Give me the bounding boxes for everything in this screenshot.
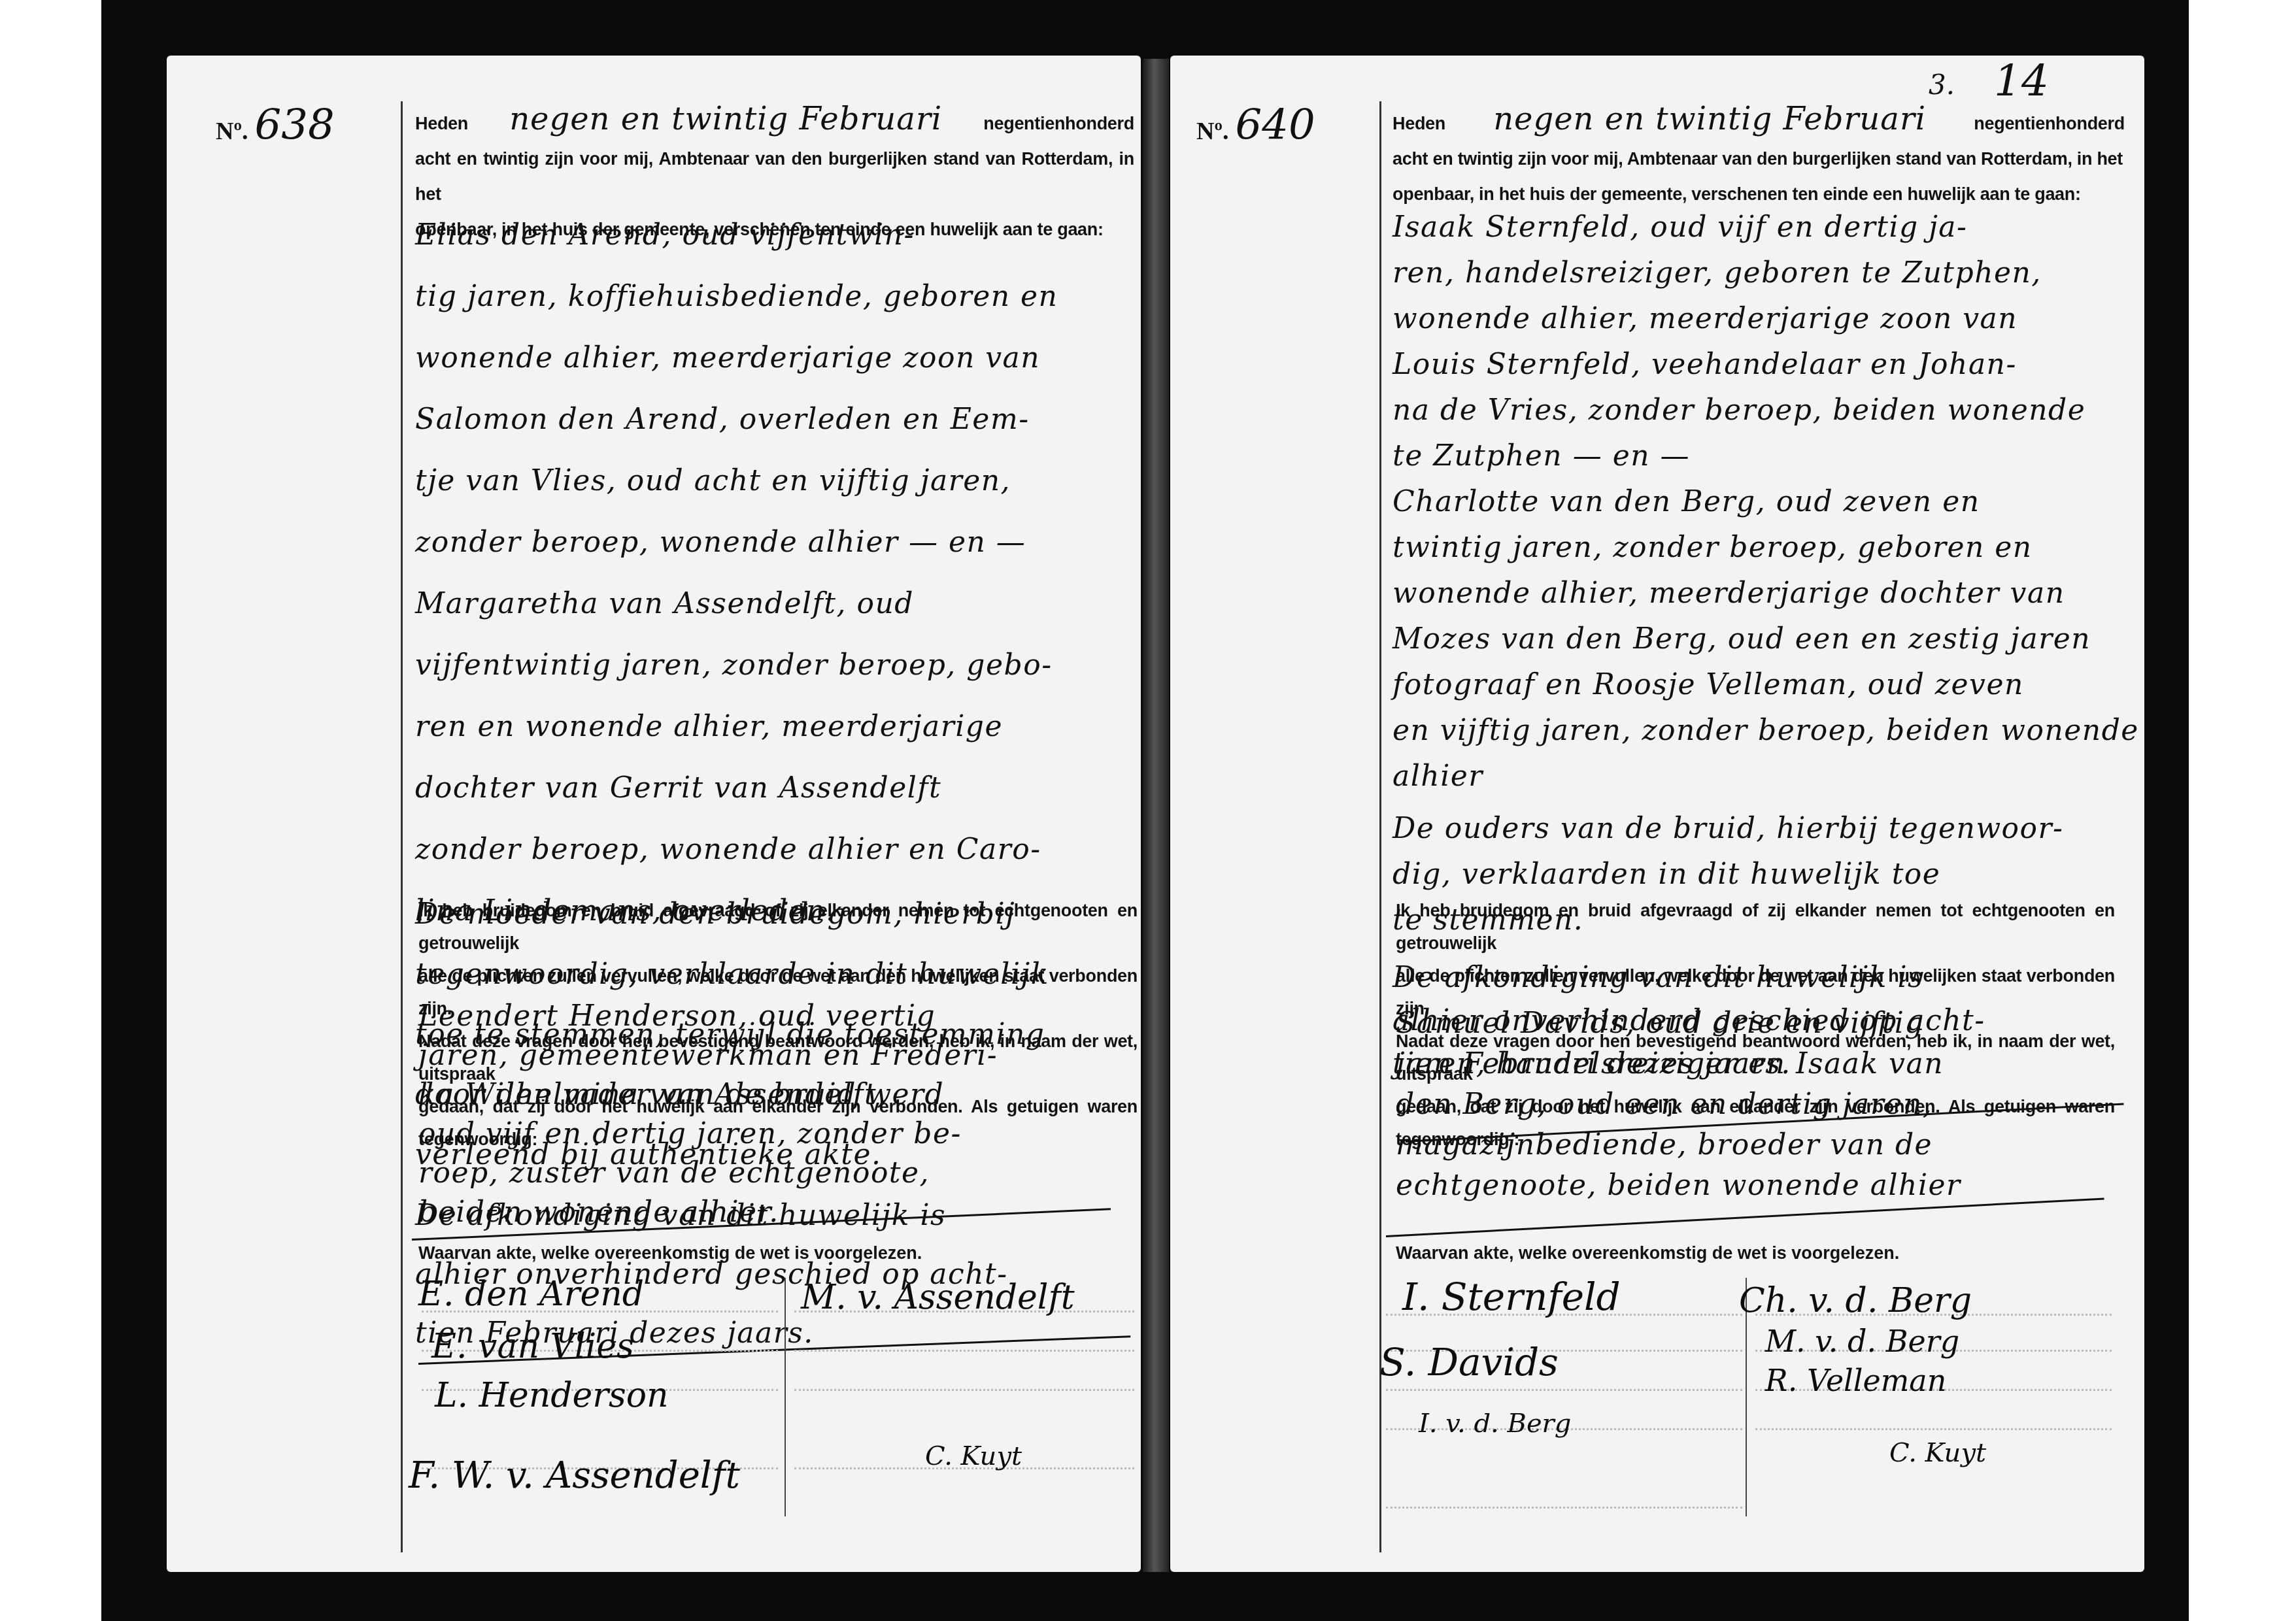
hand-line: roep, zuster van de echtgenoote, <box>418 1154 998 1193</box>
left-witnesses-handwritten: Leendert Henderson, oud veertig jaren, g… <box>418 997 998 1232</box>
hand-line: ren en wonende alhier, meerderjarige <box>415 696 1058 758</box>
vow-line: Ik heb bruidegom en bruid afgevraagd of … <box>418 894 1138 960</box>
signature-column-divider <box>785 1278 786 1516</box>
hand-line: magazijnbediende, broeder van de <box>1396 1125 1961 1165</box>
intro-word-year: negentienhonderd <box>1974 106 2125 141</box>
signature-groom: I. Sternfeld <box>1402 1275 1621 1319</box>
act-number-value: 638 <box>255 101 335 150</box>
act-number-value: 640 <box>1236 101 1315 150</box>
hand-line: Mozes van den Berg, oud een en zestig ja… <box>1393 616 2139 662</box>
signature-bride: Ch. v. d. Berg <box>1739 1281 1972 1320</box>
intro-word-heden: Heden <box>1393 106 1445 141</box>
signature-witness-2: F. W. v. Assendelft <box>409 1454 740 1497</box>
hand-line: na de Vries, zonder beroep, beiden wonen… <box>1393 388 2139 433</box>
book-gutter <box>1143 59 1169 1572</box>
hand-line: Isaak Sternfeld, oud vijf en dertig ja- <box>1393 205 2139 250</box>
hand-line: jaren, handelsreiziger en Isaak van <box>1396 1044 1961 1084</box>
act-number: Nº.638 <box>216 101 335 150</box>
hand-line: jaren, gemeentewerkman en Frederi- <box>418 1036 998 1075</box>
intro-line-1: Heden negen en twintig Februari negentie… <box>1393 101 2125 141</box>
hand-line: Samuel Davids, oud drie en vijftig <box>1396 1003 1961 1044</box>
hand-line: twintig jaren, zonder beroep, geboren en <box>1393 525 2139 571</box>
signature-groom: E. den Arend <box>418 1275 644 1314</box>
hand-line: te Zutphen — en — <box>1393 433 2139 479</box>
hand-line: en vijftig jaren, zonder beroep, beiden … <box>1393 708 2139 754</box>
hand-line: tje van Vlies, oud acht en vijftig jaren… <box>415 450 1058 512</box>
hand-line: alhier <box>1393 754 2139 799</box>
signature-bride-mother: R. Velleman <box>1765 1363 1946 1398</box>
hand-line: Louis Sternfeld, veehandelaar en Johan- <box>1393 342 2139 388</box>
signature-line <box>1386 1389 1742 1391</box>
hand-line: vijfentwintig jaren, zonder beroep, gebo… <box>415 635 1058 696</box>
parties-handwritten: Elias den Arend, oud vijfentwin- tig jar… <box>415 205 1058 942</box>
hand-line: wonende alhier, meerderjarige dochter va… <box>1393 571 2139 616</box>
hand-line: Salomon den Arend, overleden en Eem- <box>415 389 1058 450</box>
number-label: Nº. <box>216 118 248 145</box>
date-handwritten: negen en twintig Februari <box>509 101 942 137</box>
signature-line <box>1755 1428 2112 1430</box>
hand-line: zonder beroep, wonende alhier — en — <box>415 512 1058 573</box>
intro-printed: Heden negen en twintig Februari negentie… <box>1393 101 2125 212</box>
closing-statement: Waarvan akte, welke overeenkomstig de we… <box>1396 1243 1899 1263</box>
corner-annotation-folio: 14 <box>1994 56 2049 106</box>
intro-line-2: acht en twintig zijn voor mij, Ambtenaar… <box>415 141 1134 212</box>
margin-rule <box>1379 101 1381 1552</box>
hand-line: Elias den Arend, oud vijfentwin- <box>415 205 1058 266</box>
signature-registrar: C. Kuyt <box>1889 1438 1986 1468</box>
hand-line: ka Wilhelmina van Assendelft, <box>418 1075 998 1114</box>
hand-line: De ouders van de bruid, hierbij tegenwoo… <box>1393 806 2063 852</box>
hand-line: dig, verklaarden in dit huwelijk toe <box>1393 852 2063 897</box>
intro-word-year: negentienhonderd <box>983 106 1134 141</box>
signature-registrar: C. Kuyt <box>925 1441 1022 1471</box>
signature-line <box>1386 1507 1742 1509</box>
signature-bride: M. v. Assendelft <box>801 1278 1075 1317</box>
signature-witness-1: S. Davids <box>1379 1340 1559 1384</box>
hand-line: tig jaren, koffiehuisbediende, geboren e… <box>415 266 1058 327</box>
intro-word-heden: Heden <box>415 106 468 141</box>
intro-line-2: acht en twintig zijn voor mij, Ambtenaar… <box>1393 141 2125 176</box>
right-witnesses-handwritten: Samuel Davids, oud drie en vijftig jaren… <box>1396 1003 1961 1206</box>
parties-handwritten: Isaak Sternfeld, oud vijf en dertig ja- … <box>1393 205 2139 799</box>
hand-line: wonende alhier, meerderjarige zoon van <box>415 327 1058 389</box>
vow-line: Ik heb bruidegom en bruid afgevraagd of … <box>1396 894 2115 960</box>
hand-line: wonende alhier, meerderjarige zoon van <box>1393 296 2139 342</box>
hand-line: oud vijf en dertig jaren, zonder be- <box>418 1114 998 1154</box>
signature-witness-1: L. Henderson <box>435 1376 669 1415</box>
intro-line-1: Heden negen en twintig Februari negentie… <box>415 101 1134 141</box>
act-number: Nº.640 <box>1196 101 1315 150</box>
closing-statement: Waarvan akte, welke overeenkomstig de we… <box>418 1243 922 1263</box>
date-handwritten: negen en twintig Februari <box>1493 101 1926 137</box>
hand-line: Charlotte van den Berg, oud zeven en <box>1393 479 2139 525</box>
hand-line: Margaretha van Assendelft, oud <box>415 573 1058 635</box>
hand-line: Leendert Henderson, oud veertig <box>418 997 998 1036</box>
hand-line: dochter van Gerrit van Assendelft <box>415 758 1058 819</box>
signature-witness-2: I. v. d. Berg <box>1419 1409 1571 1439</box>
corner-annotation-volume: 3. <box>1929 69 1955 101</box>
left-register-page: Nº.638 Heden negen en twintig Februari n… <box>167 56 1141 1572</box>
hand-line: echtgenoote, beiden wonende alhier <box>1396 1165 1961 1206</box>
signature-bride-father: M. v. d. Berg <box>1765 1324 1959 1359</box>
number-label: Nº. <box>1196 118 1229 145</box>
right-register-page: Nº.640 3. 14 Heden negen en twintig Febr… <box>1170 56 2144 1572</box>
signature-line <box>794 1389 1134 1391</box>
signature-line <box>794 1350 1134 1352</box>
signature-groom-mother: E. van Vlies <box>431 1327 634 1366</box>
hand-line: fotograaf en Roosje Velleman, oud zeven <box>1393 662 2139 708</box>
hand-line: ren, handelsreiziger, geboren te Zutphen… <box>1393 250 2139 296</box>
margin-rule <box>401 101 403 1552</box>
hand-line: den Berg, oud een en dertig jaren, <box>1396 1084 1961 1125</box>
hand-line: zonder beroep, wonende alhier en Caro- <box>415 819 1058 880</box>
